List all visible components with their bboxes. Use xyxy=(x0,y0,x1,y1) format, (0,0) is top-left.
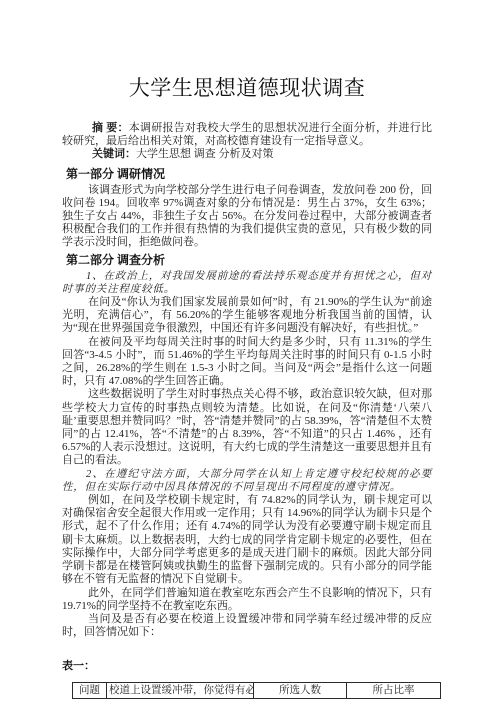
document-page: 大学生思想道德现状调查 摘 要：本调研报告对我校大学生的思想状况进行全面分析，并… xyxy=(0,0,500,707)
table1-caption: 表一： xyxy=(62,659,432,673)
table1-header-question-label: 问题 xyxy=(73,683,107,699)
analysis-paragraph-6: 当问及是否有必要在校道上设置缓冲带和同学骑车经过缓冲带的反应时，回答情况如下： xyxy=(62,613,432,639)
abstract-paragraph: 摘 要：本调研报告对我校大学生的思想状况进行全面分析，并进行比较研究，最后给出相… xyxy=(62,122,432,148)
section1-heading: 第一部分 调研情况 xyxy=(66,167,432,182)
table1-header-ratio: 所占比率 xyxy=(347,683,441,699)
keywords-label: 关键词： xyxy=(92,148,136,160)
analysis-point-2: 2、在遵纪守法方面，大部分同学在认知上肯定遵守校纪校规的必要性，但在实际行动中因… xyxy=(62,468,432,494)
analysis-paragraph-3: 这些数据说明了学生对时事热点关心得不够，政治意识较欠缺，但对那些学校大力宣传的时… xyxy=(62,388,432,467)
keywords-line: 关键词：大学生思想 调查 分析及对策 xyxy=(62,148,432,161)
table1: 问题 校道上设置缓冲带，你觉得有必 所选人数 所占比率 xyxy=(72,682,441,699)
table1-header-question-text: 校道上设置缓冲带，你觉得有必 xyxy=(107,683,254,699)
analysis-paragraph-4: 例如，在问及学校刷卡规定时，有 74.82%的同学认为，刷卡规定可以对确保宿舍安… xyxy=(62,494,432,586)
section2-heading: 第二部分 调查分析 xyxy=(66,253,432,268)
table-row: 问题 校道上设置缓冲带，你觉得有必 所选人数 所占比率 xyxy=(73,683,441,699)
analysis-point-1: 1、在政治上，对我国发展前途的看法持乐观态度并有担忧之心，但对时事的关注程度较低… xyxy=(62,270,432,296)
analysis-paragraph-1: 在问及“你认为我们国家发展前景如何”时，有 21.90%的学生认为“前途光明，充… xyxy=(62,296,432,336)
analysis-paragraph-5: 此外，在同学们普遍知道在教室吃东西会产生不良影响的情况下，只有 19.71%的同… xyxy=(62,587,432,613)
analysis-paragraph-2: 在被问及平均每周关注时事的时间大约是多少时，只有 11.31%的学生回答“3-4… xyxy=(62,336,432,389)
section1-paragraph: 该调查形式为向学校部分学生进行电子问卷调查，发放问卷 200 份，回收问卷 19… xyxy=(62,184,432,250)
abstract-label: 摘 要： xyxy=(92,122,129,134)
document-title: 大学生思想道德现状调查 xyxy=(62,0,432,102)
keywords-text: 大学生思想 调查 分析及对策 xyxy=(136,148,274,160)
document-content: 大学生思想道德现状调查 摘 要：本调研报告对我校大学生的思想状况进行全面分析，并… xyxy=(62,0,432,699)
table1-header-count: 所选人数 xyxy=(254,683,347,699)
